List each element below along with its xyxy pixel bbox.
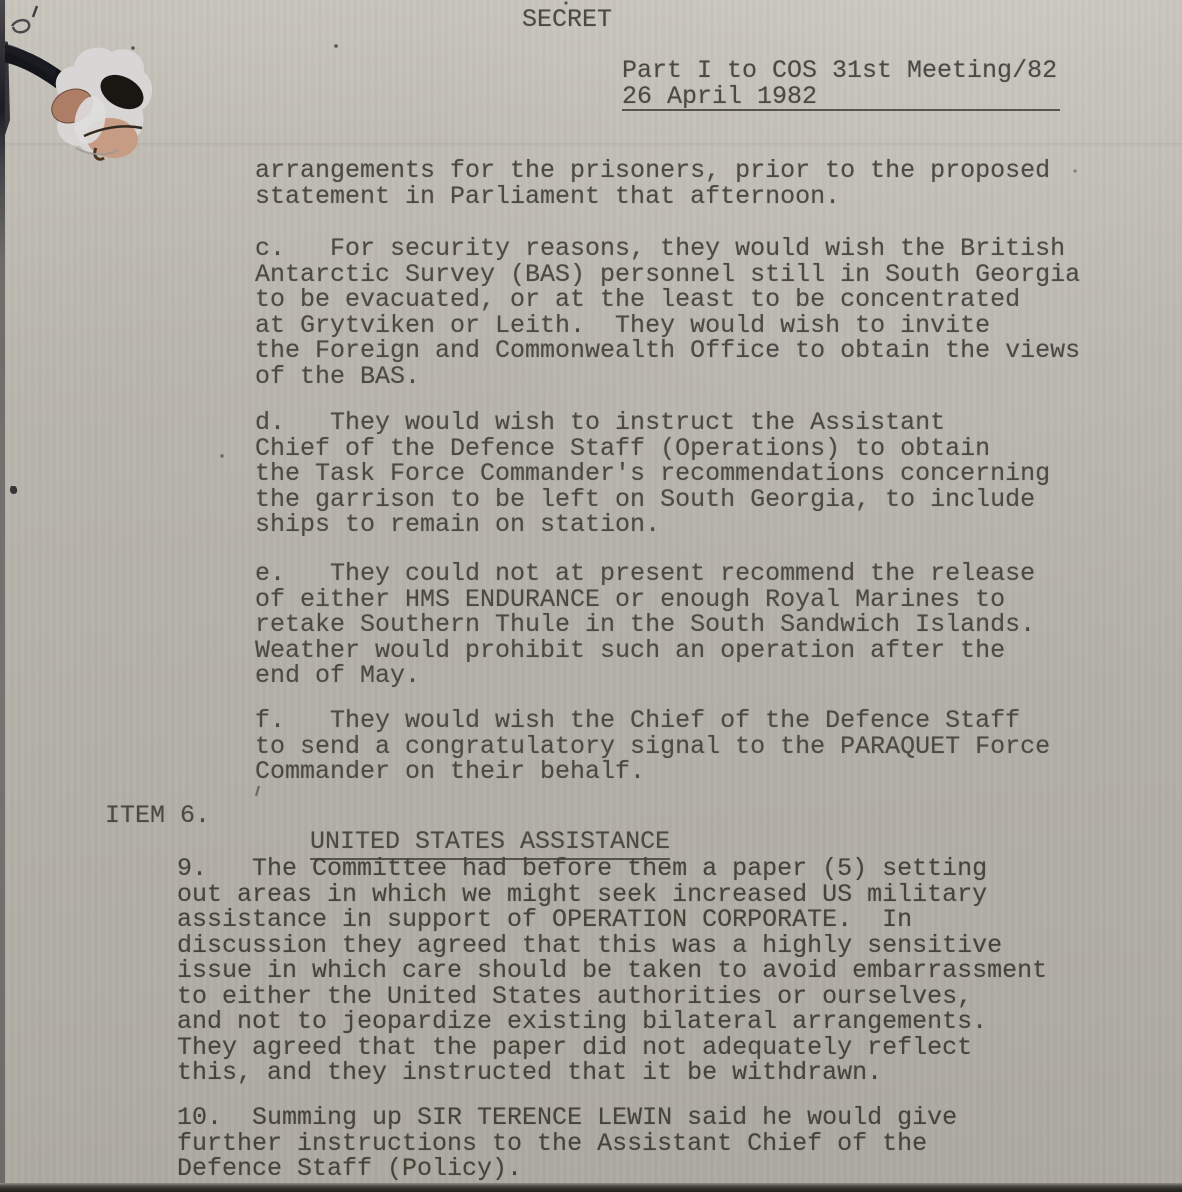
paragraph-d: d. They would wish to instruct the Assis…: [255, 410, 1050, 538]
scanned-document-page: { "page": { "classification": "SECRET", …: [0, 0, 1182, 1192]
paragraph-f: f. They would wish the Chief of the Defe…: [255, 708, 1050, 785]
scan-edge-bottom: [0, 1183, 1182, 1192]
reference-line-2: 26 April 1982: [622, 84, 1060, 110]
paragraph-9: 9. The Committee had before them a paper…: [177, 856, 1047, 1086]
document-text-layer: SECRET Part I to COS 31st Meeting/82 26 …: [0, 0, 1182, 1192]
paragraph-b-continuation: arrangements for the prisoners, prior to…: [255, 158, 1050, 209]
paragraph-e: e. They could not at present recommend t…: [255, 561, 1035, 689]
classification-header: SECRET: [522, 7, 612, 33]
item6-label: ITEM 6.: [105, 803, 210, 829]
scan-edge-left: [0, 0, 5, 1192]
paragraph-10: 10. Summing up SIR TERENCE LEWIN said he…: [177, 1105, 957, 1182]
paragraph-c: c. For security reasons, they would wish…: [255, 236, 1080, 389]
reference-block: Part I to COS 31st Meeting/82 26 April 1…: [622, 58, 1060, 111]
reference-line-1: Part I to COS 31st Meeting/82: [622, 58, 1060, 84]
